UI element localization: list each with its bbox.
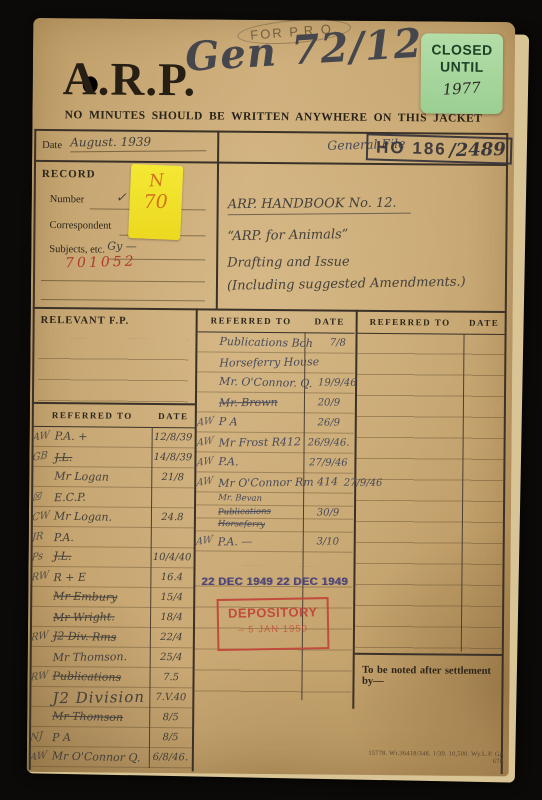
table-row: GB J.L. 14/8/39 bbox=[32, 447, 194, 468]
correspondent-label: Correspondent bbox=[49, 220, 111, 232]
table-row: Ps J.L. 10/4/40 bbox=[32, 547, 194, 568]
initials-scribble bbox=[198, 340, 218, 343]
referred-date: 8/5 bbox=[149, 732, 192, 743]
referred-date: 26/9/46. bbox=[304, 437, 354, 448]
initials-scribble bbox=[31, 695, 51, 698]
record-title: RECORD bbox=[42, 168, 96, 180]
date-header: DATE bbox=[152, 411, 195, 421]
referred-to-name: Horseferry bbox=[216, 519, 303, 531]
initials-scribble bbox=[32, 475, 52, 478]
referred-to-header: REFERRED TO bbox=[33, 410, 152, 421]
referred-date: 14/8/39 bbox=[151, 452, 194, 463]
initials-scribble: AW bbox=[196, 415, 217, 430]
referred-to-name: P.A. bbox=[52, 530, 151, 544]
initials-scribble: RW bbox=[31, 629, 52, 644]
initials-scribble bbox=[196, 523, 216, 526]
initials-scribble bbox=[31, 595, 51, 598]
referred-to-name: J2 Division bbox=[50, 687, 149, 706]
relevant-fp-rules bbox=[38, 338, 189, 403]
table-row: NJ P A 8/5 bbox=[30, 727, 192, 748]
depository-stamp: DEPOSITORY – 5 JAN 1950 bbox=[217, 597, 330, 651]
table-row: CW Mr Logan. 24.8 bbox=[32, 507, 194, 528]
table-row: RW R + E 16.4 bbox=[31, 567, 193, 588]
depository-date: – 5 JAN 1950 bbox=[219, 623, 327, 636]
subject-line4-handwriting: (Including suggested Amendments.) bbox=[227, 275, 466, 294]
initials-scribble bbox=[30, 715, 50, 718]
table-row: J2 Division 7.V.40 bbox=[30, 687, 192, 708]
initials-scribble: GB bbox=[32, 449, 53, 464]
referred-date: 8/5 bbox=[149, 712, 192, 723]
referred-to-name: J.L. bbox=[52, 450, 151, 464]
sticky-note-line1: N bbox=[130, 169, 183, 192]
referred-date: 7/8 bbox=[313, 337, 363, 348]
initials-scribble: RW bbox=[31, 569, 52, 584]
table-row: Publications Bch 7/8 bbox=[197, 332, 354, 353]
middle-referred-table: REFERRED TO DATE Publications Bch 7/8 Ho… bbox=[194, 309, 355, 772]
referred-date: 21/8 bbox=[151, 472, 194, 483]
referred-to-name: Publications Bch bbox=[217, 335, 313, 350]
table-row: RW Publications 7.5 bbox=[30, 667, 192, 688]
closed-label: CLOSED bbox=[421, 41, 503, 59]
initials-scribble bbox=[196, 510, 216, 513]
referred-date: 30/9 bbox=[303, 507, 353, 518]
referred-to-name: R + E bbox=[51, 570, 150, 584]
referred-to-name: J.L. bbox=[51, 549, 150, 564]
subject-title-handwriting: ARP. HANDBOOK No. 12. bbox=[228, 196, 411, 216]
referred-to-header: REFERRED TO bbox=[357, 317, 463, 328]
record-rule-2 bbox=[41, 299, 205, 301]
table-row: AW Mr O'Connor Rm 414 27/9/46 bbox=[196, 472, 353, 493]
table-row: AW Mr O'Connor Q. 6/8/46. bbox=[30, 747, 192, 768]
referred-to-name: Mr Frost R412 bbox=[217, 435, 304, 449]
depository-label: DEPOSITORY bbox=[219, 604, 327, 621]
middle-table-header: REFERRED TO DATE bbox=[198, 309, 355, 333]
initials-scribble: JR bbox=[31, 529, 52, 544]
relevant-fp-title: RELEVANT F.P. bbox=[41, 315, 130, 327]
referred-to-header: REFERRED TO bbox=[198, 315, 305, 326]
closed-until-sticker: CLOSED UNTIL 1977 bbox=[420, 33, 503, 114]
referred-date: 16.4 bbox=[150, 572, 193, 583]
left-table-rows: AW P.A. + 12/8/39 GB J.L. 14/8/39 Mr Log… bbox=[30, 427, 195, 768]
table-row: Mr Thomson. 25/4 bbox=[31, 647, 193, 668]
referred-date: 6/8/46. bbox=[149, 752, 192, 763]
referred-to-name: Mr Thomson. bbox=[51, 650, 150, 664]
initials-scribble: Ps bbox=[31, 549, 52, 564]
subjects-scribble: Gy — bbox=[107, 240, 137, 253]
referred-date: 24.8 bbox=[151, 512, 194, 523]
date-header: DATE bbox=[305, 316, 355, 326]
table-row: RW J2 Div. Rms 22/4 bbox=[31, 627, 193, 648]
middle-table-rows: Publications Bch 7/8 Horseferry House Mr… bbox=[196, 332, 355, 552]
org-title: A.R.P. bbox=[63, 52, 197, 107]
referred-date: 7.5 bbox=[150, 672, 193, 683]
subject-quote-handwriting: “ARP. for Animals” bbox=[227, 227, 348, 244]
initials-scribble: AW bbox=[196, 455, 217, 470]
settlement-note: To be noted after settlement by— bbox=[362, 665, 502, 688]
referred-date: 15/4 bbox=[150, 592, 193, 603]
referred-to-name: Mr. O'Connor. Q. bbox=[217, 375, 312, 390]
table-row: ☒ E.C.P. bbox=[32, 487, 194, 508]
sticky-note-line2: 70 bbox=[130, 191, 182, 213]
ho-number-handwriting: /2489 bbox=[449, 139, 506, 161]
printer-imprint: 15778. Wt.36418/348. 1/39. 10,500. Wy.L.… bbox=[363, 750, 505, 765]
referred-date: 7.V.40 bbox=[149, 692, 192, 703]
initials-scribble: AW bbox=[32, 429, 53, 444]
initials-scribble: AW bbox=[196, 435, 217, 450]
initials-scribble: AW bbox=[195, 534, 216, 549]
table-row: Horseferry House bbox=[197, 352, 354, 373]
table-row: Mr Thomson 8/5 bbox=[30, 707, 192, 728]
table-row: AW Mr Frost R412 26/9/46. bbox=[197, 432, 354, 453]
scanned-document-stage: A.R.P. FOR P.R.O. Gen 72/12 CLOSED UNTIL… bbox=[0, 0, 542, 800]
referred-to-name: Mr O'Connor Rm 414 bbox=[216, 475, 338, 490]
record-rule-1 bbox=[41, 280, 205, 282]
red-registry-number: 701052 bbox=[65, 254, 137, 272]
table-row: Mr. O'Connor. Q. 19/9/46 bbox=[197, 372, 354, 393]
referred-date: 27/9/46 bbox=[303, 457, 353, 468]
referred-to-name: Mr Wright. bbox=[51, 610, 150, 624]
table-row: Mr Embury 15/4 bbox=[31, 587, 193, 608]
right-table-header: REFERRED TO DATE bbox=[357, 311, 505, 335]
referred-to-name: P.A. — bbox=[216, 534, 303, 548]
table-row: JR P.A. bbox=[32, 527, 194, 548]
referred-to-name: Mr Logan bbox=[52, 469, 151, 484]
initials-scribble bbox=[197, 360, 217, 363]
initials-scribble: CW bbox=[32, 509, 53, 524]
date-header: DATE bbox=[463, 318, 505, 328]
left-referred-table: REFERRED TO DATE AW P.A. + 12/8/39 GB J.… bbox=[30, 404, 195, 768]
referred-date: 3/10 bbox=[303, 536, 353, 547]
table-row: AW P.A. — 3/10 bbox=[196, 531, 353, 552]
referred-to-name: Mr O'Connor Q. bbox=[50, 749, 149, 764]
referred-to-name: Publications bbox=[50, 669, 149, 684]
initials-scribble: AW bbox=[30, 749, 51, 764]
initials-scribble bbox=[196, 497, 216, 500]
referred-to-name: Publications bbox=[216, 506, 303, 517]
referred-to-name: Mr Embury bbox=[51, 589, 150, 604]
referred-to-name: Mr Logan. bbox=[52, 509, 151, 524]
referred-date: 18/4 bbox=[150, 612, 193, 623]
referred-to-name: P.A. + bbox=[53, 429, 152, 444]
table-row: Mr. Brown 20/9 bbox=[197, 392, 354, 413]
table-row: AW P A 26/9 bbox=[197, 412, 354, 433]
referred-date: 22/4 bbox=[150, 632, 193, 643]
referred-to-name: Mr Thomson bbox=[50, 709, 149, 724]
right-referred-table: REFERRED TO DATE To be noted after settl… bbox=[353, 311, 505, 774]
referred-date: 20/9 bbox=[304, 397, 354, 408]
initials-scribble bbox=[31, 655, 51, 658]
table-row: AW P.A. + 12/8/39 bbox=[33, 427, 195, 448]
ho-reference-stamp: HO 186 /2489 bbox=[366, 133, 513, 164]
referred-to-name: E.C.P. bbox=[52, 490, 151, 504]
referred-date: 12/8/39 bbox=[152, 432, 195, 443]
number-label: Number bbox=[50, 194, 85, 205]
referred-date: 25/4 bbox=[150, 652, 193, 663]
referred-to-name: J2 Div. Rms bbox=[51, 629, 150, 644]
referred-date: 10/4/40 bbox=[151, 552, 194, 563]
table-row: AW P.A. 27/9/46 bbox=[196, 452, 353, 473]
sticky-note: N 70 bbox=[128, 164, 183, 240]
initials-scribble bbox=[197, 400, 217, 403]
initials-scribble: NJ bbox=[30, 729, 51, 744]
referred-to-name: P A bbox=[50, 730, 149, 744]
initials-scribble: RW bbox=[30, 669, 51, 684]
file-reference-handwriting: Gen 72/12 bbox=[184, 19, 436, 81]
closed-year-handwriting: 1977 bbox=[420, 77, 503, 100]
initials-scribble bbox=[197, 380, 217, 383]
date-value-handwriting: August. 1939 bbox=[70, 134, 206, 152]
right-table-empty-rules bbox=[354, 333, 505, 652]
subject-line3-handwriting: Drafting and Issue bbox=[227, 255, 350, 271]
table-row: Mr Logan 21/8 bbox=[32, 467, 194, 488]
initials-scribble: AW bbox=[196, 475, 217, 490]
date-label: Date bbox=[42, 140, 62, 151]
initials-scribble bbox=[31, 615, 51, 618]
until-label: UNTIL bbox=[421, 58, 503, 76]
received-date-stamp: 22 DEC 1949 22 DEC 1949 bbox=[201, 576, 351, 588]
number-check: ✓ bbox=[116, 191, 127, 206]
referred-to-name: Mr. Brown bbox=[217, 395, 304, 409]
ho-stamp-text: HO 186 bbox=[376, 137, 447, 159]
referred-to-name: P A bbox=[217, 415, 304, 430]
divider-record bbox=[216, 131, 219, 309]
referred-to-name: Mr. Bevan bbox=[216, 493, 303, 505]
table-row: Mr Wright. 18/4 bbox=[31, 607, 193, 628]
left-table-header: REFERRED TO DATE bbox=[33, 404, 195, 428]
file-jacket-paper: A.R.P. FOR P.R.O. Gen 72/12 CLOSED UNTIL… bbox=[27, 18, 516, 776]
referred-date: 19/9/46 bbox=[312, 377, 362, 388]
referred-date: 26/9 bbox=[304, 417, 354, 428]
initials-scribble: ☒ bbox=[32, 489, 53, 504]
referred-to-name: P.A. bbox=[216, 455, 303, 470]
